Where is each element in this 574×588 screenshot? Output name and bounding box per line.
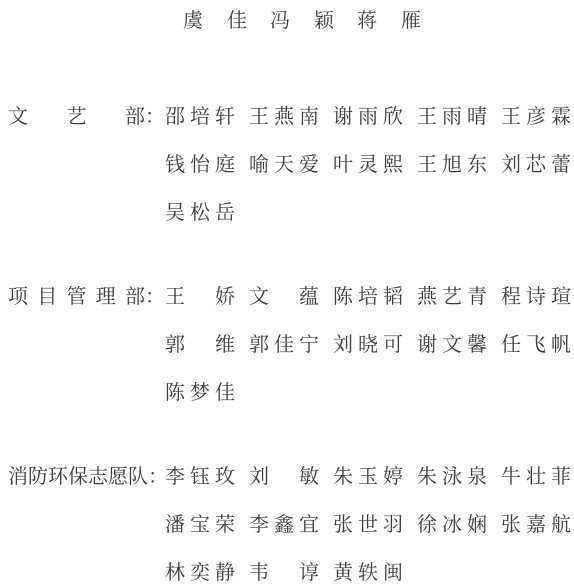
name-cell: 吴松岳 (165, 196, 249, 225)
name-char: 谢 (333, 100, 353, 129)
name-char: 玉 (358, 460, 378, 489)
name-char: 彦 (526, 100, 546, 129)
name-char: 张 (501, 508, 521, 537)
name-char: 静 (215, 556, 235, 585)
name-char: 轶 (358, 556, 378, 585)
roster-page: 虞佳冯颖蒋雁 文艺部：邵培轩王燕南谢雨欣王雨晴王彦霖钱怡庭喻天爱叶灵熙王旭东刘芯… (0, 0, 574, 588)
dept-label-char: 志 (88, 460, 108, 489)
name-char: 梦 (190, 376, 210, 405)
name-char: 朱 (417, 460, 437, 489)
name-char: 艺 (442, 280, 462, 309)
name-char: 晓 (358, 328, 378, 357)
name-char: 牛 (501, 460, 521, 489)
name-cell: 王彦霖 (501, 100, 574, 129)
name-char: 玫 (215, 460, 235, 489)
person-name: 王娇 (165, 280, 235, 309)
name-char: 欣 (383, 100, 403, 129)
name-char: 黄 (333, 556, 353, 585)
name-char: 荣 (215, 508, 235, 537)
name-char: 宁 (299, 328, 319, 357)
name-row: 林奕静韦谆黄轶闽 (0, 546, 574, 588)
name-char: 程 (501, 280, 521, 309)
person-name: 李钰玫 (165, 460, 235, 489)
dept-label-char: 队： (128, 460, 168, 489)
name-cell: 黄轶闽 (333, 556, 417, 585)
name-char: 蕴 (299, 280, 319, 309)
name-row: 潘宝荣李鑫宜张世羽徐冰娴张嘉航 (0, 498, 574, 546)
name-row: 陈梦佳 (0, 366, 574, 414)
name-char: 霖 (551, 100, 571, 129)
name-char: 文 (249, 280, 269, 309)
name-char: 邵 (165, 100, 185, 129)
person-name: 王旭东 (417, 148, 487, 177)
name-cell: 牛壮菲 (501, 460, 574, 489)
name-cell: 郭维 (165, 328, 249, 357)
person-name: 王彦霖 (501, 100, 571, 129)
name-cell: 陈培韬 (333, 280, 417, 309)
name-char: 蒋 (357, 8, 377, 34)
name-cell: 刘芯蕾 (501, 148, 574, 177)
name-cell: 任飞帆 (501, 328, 574, 357)
name-char: 熙 (383, 148, 403, 177)
name-row: 项目管理部：王娇文蕴陈培韬燕艺青程诗瑄 (0, 270, 574, 318)
name-char: 雨 (442, 100, 462, 129)
dept-label-char: 项 (8, 280, 28, 309)
name-char: 帆 (551, 328, 571, 357)
name-char: 敏 (299, 460, 319, 489)
name-char: 宝 (190, 508, 210, 537)
name-cell: 徐冰娴 (417, 508, 501, 537)
name-char: 怡 (190, 148, 210, 177)
name-cell: 谢文馨 (417, 328, 501, 357)
name-cell: 邵培轩 (165, 100, 249, 129)
person-name: 陈培韬 (333, 280, 403, 309)
dept-label-char: 理 (96, 280, 116, 309)
person-name: 文蕴 (249, 280, 319, 309)
name-cell: 刘晓可 (333, 328, 417, 357)
department-sections: 文艺部：邵培轩王燕南谢雨欣王雨晴王彦霖钱怡庭喻天爱叶灵熙王旭东刘芯蕾吴松岳项目管… (0, 90, 574, 588)
person-name: 虞佳 (183, 8, 247, 34)
name-char: 爱 (299, 148, 319, 177)
name-char: 奕 (190, 556, 210, 585)
name-char: 冯 (270, 8, 290, 34)
name-char: 郭 (249, 328, 269, 357)
name-char: 菲 (551, 460, 571, 489)
name-char: 王 (417, 100, 437, 129)
name-char: 宜 (299, 508, 319, 537)
name-cell: 李鑫宜 (249, 508, 333, 537)
person-name: 刘晓可 (333, 328, 403, 357)
name-char: 佳 (227, 8, 247, 34)
person-name: 徐冰娴 (417, 508, 487, 537)
name-char: 陈 (333, 280, 353, 309)
dept-label-char: 艺 (67, 100, 87, 129)
name-char: 闽 (383, 556, 403, 585)
name-char: 娇 (215, 280, 235, 309)
name-cell: 文蕴 (249, 280, 333, 309)
name-char: 林 (165, 556, 185, 585)
name-char: 韦 (249, 556, 269, 585)
dept-label-char: 愿 (108, 460, 128, 489)
name-char: 钰 (190, 460, 210, 489)
name-char: 冰 (442, 508, 462, 537)
dept-label-char: 消 (8, 460, 28, 489)
name-char: 潘 (165, 508, 185, 537)
name-char: 文 (442, 328, 462, 357)
person-name: 李鑫宜 (249, 508, 319, 537)
name-char: 虞 (183, 8, 203, 34)
dept-label-char: 管 (67, 280, 87, 309)
person-name: 刘芯蕾 (501, 148, 571, 177)
name-cell: 李钰玫 (165, 460, 249, 489)
person-name: 程诗瑄 (501, 280, 571, 309)
person-name: 吴松岳 (165, 196, 235, 225)
name-char: 青 (467, 280, 487, 309)
person-name: 蒋雁 (357, 8, 421, 34)
department-section: 消防环保志愿队：李钰玫刘敏朱玉婷朱泳泉牛壮菲潘宝荣李鑫宜张世羽徐冰娴张嘉航林奕静… (0, 450, 574, 588)
name-char: 韬 (383, 280, 403, 309)
dept-label: 文艺部： (8, 100, 165, 129)
person-name: 王燕南 (249, 100, 319, 129)
name-char: 吴 (165, 196, 185, 225)
name-cell: 朱泳泉 (417, 460, 501, 489)
name-cell: 王燕南 (249, 100, 333, 129)
name-char: 谆 (299, 556, 319, 585)
name-char: 泉 (467, 460, 487, 489)
name-cell: 王雨晴 (417, 100, 501, 129)
person-name: 邵培轩 (165, 100, 235, 129)
name-char: 李 (165, 460, 185, 489)
person-name: 黄轶闽 (333, 556, 403, 585)
name-char: 馨 (467, 328, 487, 357)
name-char: 培 (190, 100, 210, 129)
dept-label-char: 文 (8, 100, 28, 129)
name-char: 李 (249, 508, 269, 537)
person-name: 王雨晴 (417, 100, 487, 129)
name-char: 羽 (383, 508, 403, 537)
name-row: 郭维郭佳宁刘晓可谢文馨任飞帆 (0, 318, 574, 366)
person-name: 喻天爱 (249, 148, 319, 177)
name-cell: 张嘉航 (501, 508, 574, 537)
name-row: 文艺部：邵培轩王燕南谢雨欣王雨晴王彦霖 (0, 90, 574, 138)
name-char: 燕 (417, 280, 437, 309)
continuation-name-row: 虞佳冯颖蒋雁 (183, 8, 574, 34)
name-char: 雁 (401, 8, 421, 34)
name-char: 娴 (467, 508, 487, 537)
person-name: 张世羽 (333, 508, 403, 537)
name-char: 晴 (467, 100, 487, 129)
name-char: 鑫 (274, 508, 294, 537)
name-char: 任 (501, 328, 521, 357)
name-char: 泳 (442, 460, 462, 489)
name-char: 松 (190, 196, 210, 225)
person-name: 郭佳宁 (249, 328, 319, 357)
person-name: 冯颖 (270, 8, 334, 34)
name-char: 徐 (417, 508, 437, 537)
name-char: 雨 (358, 100, 378, 129)
name-char: 维 (215, 328, 235, 357)
name-char: 芯 (526, 148, 546, 177)
person-name: 韦谆 (249, 556, 319, 585)
person-name: 郭维 (165, 328, 235, 357)
dept-label-char: 保 (68, 460, 88, 489)
name-char: 刘 (333, 328, 353, 357)
dept-label-char: 防 (28, 460, 48, 489)
name-char: 佳 (215, 376, 235, 405)
dept-label-char: 部： (125, 100, 165, 129)
name-cell: 叶灵熙 (333, 148, 417, 177)
person-name: 任飞帆 (501, 328, 571, 357)
name-char: 颖 (314, 8, 334, 34)
name-cell: 喻天爱 (249, 148, 333, 177)
person-name: 牛壮菲 (501, 460, 571, 489)
dept-label: 消防环保志愿队： (8, 460, 165, 489)
name-char: 蕾 (551, 148, 571, 177)
person-name: 叶灵熙 (333, 148, 403, 177)
dept-label-char: 部： (125, 280, 165, 309)
name-char: 世 (358, 508, 378, 537)
name-row: 钱怡庭喻天爱叶灵熙王旭东刘芯蕾 (0, 138, 574, 186)
name-char: 燕 (274, 100, 294, 129)
name-cell: 陈梦佳 (165, 376, 249, 405)
name-char: 庭 (215, 148, 235, 177)
name-char: 旭 (442, 148, 462, 177)
name-char: 佳 (274, 328, 294, 357)
name-cell: 钱怡庭 (165, 148, 249, 177)
name-char: 南 (299, 100, 319, 129)
name-char: 张 (333, 508, 353, 537)
name-cell: 谢雨欣 (333, 100, 417, 129)
dept-label-char: 环 (48, 460, 68, 489)
name-char: 陈 (165, 376, 185, 405)
name-char: 东 (467, 148, 487, 177)
name-char: 郭 (165, 328, 185, 357)
department-section: 项目管理部：王娇文蕴陈培韬燕艺青程诗瑄郭维郭佳宁刘晓可谢文馨任飞帆陈梦佳 (0, 270, 574, 414)
name-char: 培 (358, 280, 378, 309)
name-cell: 林奕静 (165, 556, 249, 585)
name-char: 飞 (526, 328, 546, 357)
name-char: 婷 (383, 460, 403, 489)
name-char: 壮 (526, 460, 546, 489)
person-name: 朱泳泉 (417, 460, 487, 489)
name-cell: 刘敏 (249, 460, 333, 489)
name-char: 嘉 (526, 508, 546, 537)
name-cell: 潘宝荣 (165, 508, 249, 537)
name-cell: 燕艺青 (417, 280, 501, 309)
name-char: 岳 (215, 196, 235, 225)
name-char: 灵 (358, 148, 378, 177)
name-char: 航 (551, 508, 571, 537)
name-char: 天 (274, 148, 294, 177)
name-char: 钱 (165, 148, 185, 177)
name-char: 叶 (333, 148, 353, 177)
name-char: 王 (417, 148, 437, 177)
person-name: 谢文馨 (417, 328, 487, 357)
person-name: 朱玉婷 (333, 460, 403, 489)
name-char: 刘 (249, 460, 269, 489)
person-name: 谢雨欣 (333, 100, 403, 129)
name-cell: 程诗瑄 (501, 280, 574, 309)
name-char: 王 (165, 280, 185, 309)
person-name: 刘敏 (249, 460, 319, 489)
name-char: 喻 (249, 148, 269, 177)
name-char: 谢 (417, 328, 437, 357)
name-char: 可 (383, 328, 403, 357)
name-char: 刘 (501, 148, 521, 177)
name-char: 诗 (526, 280, 546, 309)
name-char: 朱 (333, 460, 353, 489)
name-char: 王 (501, 100, 521, 129)
name-char: 王 (249, 100, 269, 129)
person-name: 钱怡庭 (165, 148, 235, 177)
name-cell: 张世羽 (333, 508, 417, 537)
name-cell: 朱玉婷 (333, 460, 417, 489)
person-name: 潘宝荣 (165, 508, 235, 537)
name-row: 吴松岳 (0, 186, 574, 234)
dept-label-char: 目 (37, 280, 57, 309)
person-name: 燕艺青 (417, 280, 487, 309)
name-cell: 韦谆 (249, 556, 333, 585)
name-char: 轩 (215, 100, 235, 129)
name-cell: 王娇 (165, 280, 249, 309)
person-name: 张嘉航 (501, 508, 571, 537)
person-name: 陈梦佳 (165, 376, 235, 405)
name-cell: 王旭东 (417, 148, 501, 177)
department-section: 文艺部：邵培轩王燕南谢雨欣王雨晴王彦霖钱怡庭喻天爱叶灵熙王旭东刘芯蕾吴松岳 (0, 90, 574, 234)
person-name: 林奕静 (165, 556, 235, 585)
name-char: 瑄 (551, 280, 571, 309)
dept-label: 项目管理部： (8, 280, 165, 309)
name-row: 消防环保志愿队：李钰玫刘敏朱玉婷朱泳泉牛壮菲 (0, 450, 574, 498)
name-cell: 郭佳宁 (249, 328, 333, 357)
